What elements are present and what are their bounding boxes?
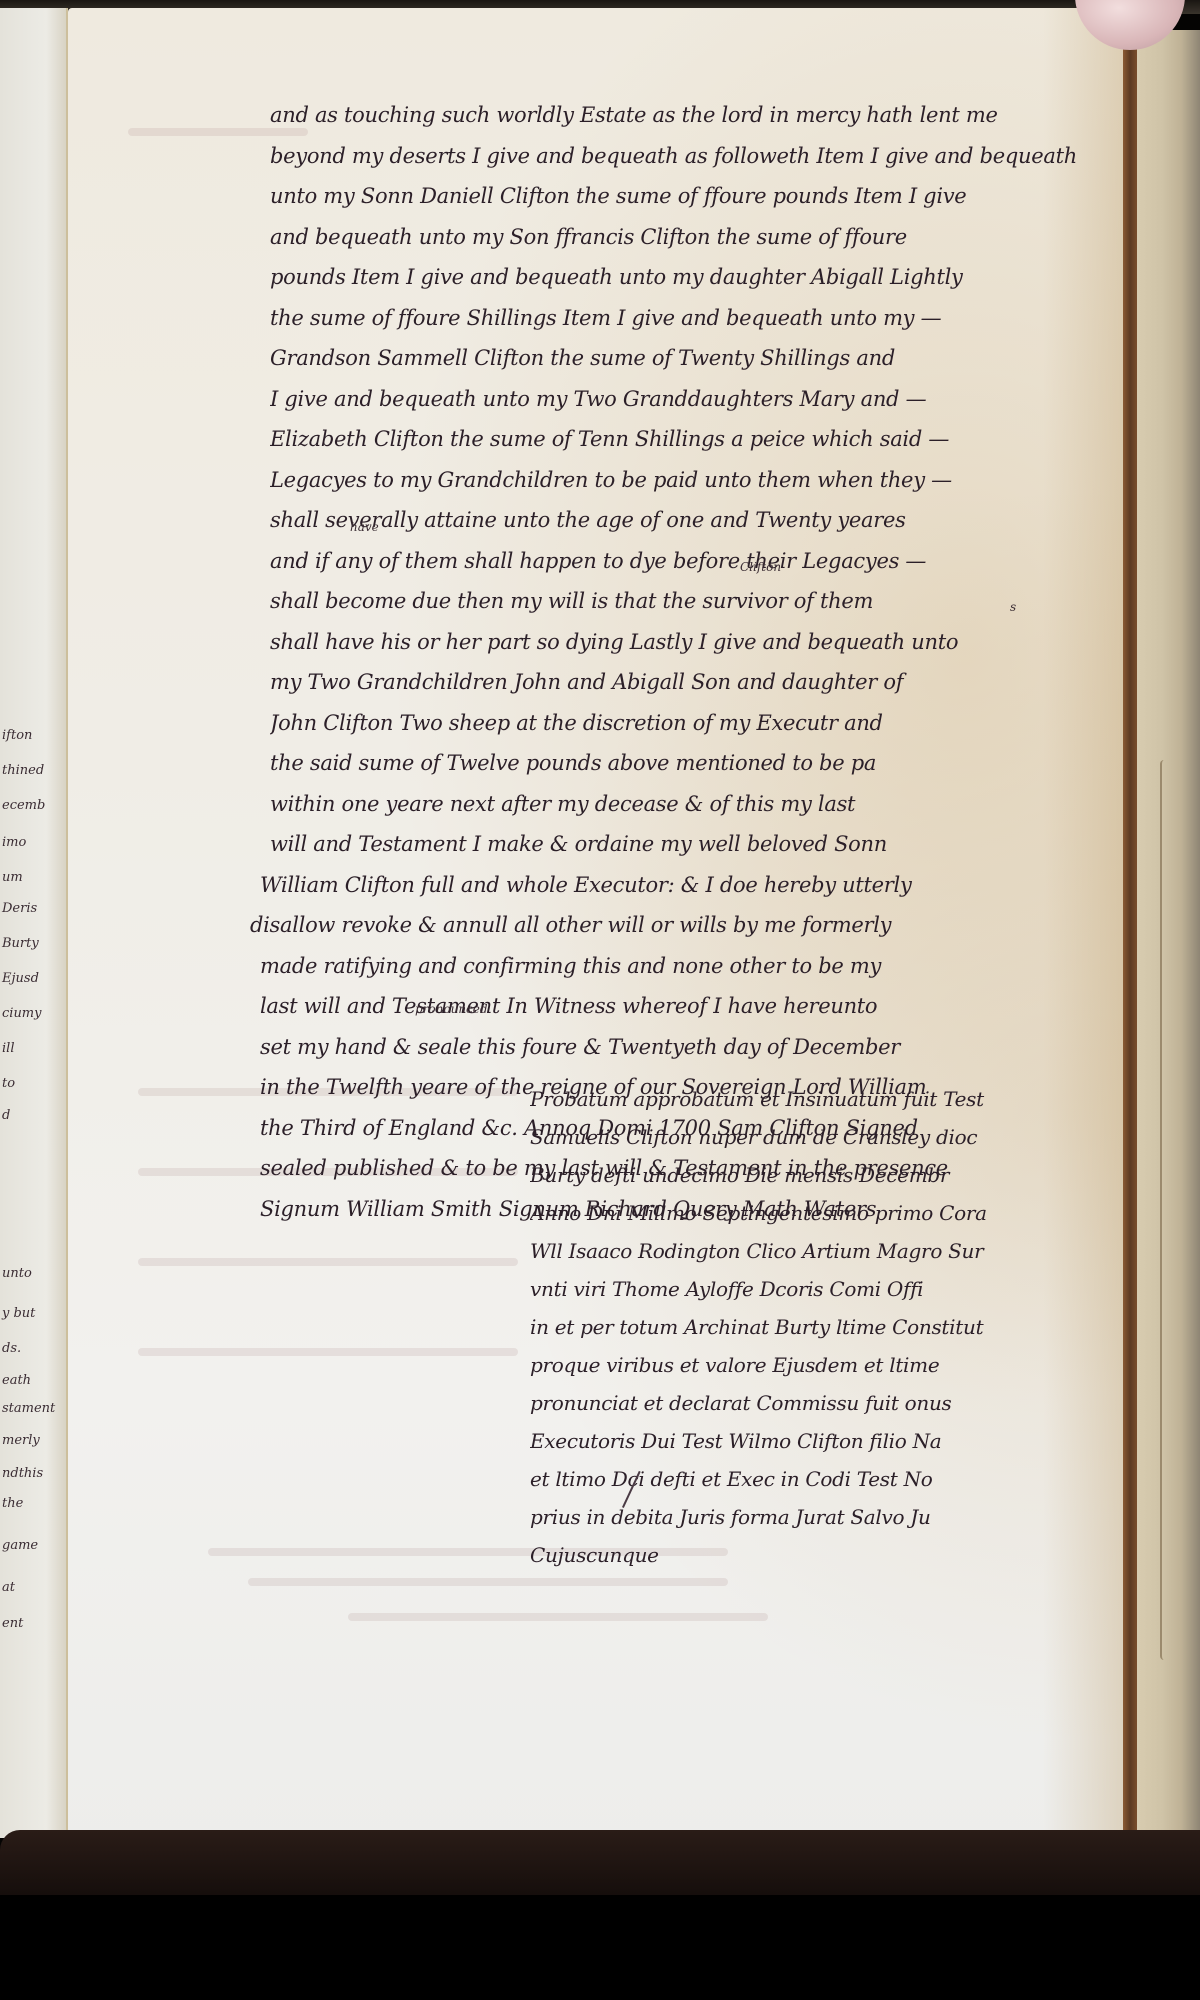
probate-line: Burty defti undecimo Die mensis Decembr [530, 1156, 1100, 1194]
text-line: William Clifton full and whole Executor:… [260, 865, 1100, 906]
margin-fragment: Deris [2, 901, 37, 916]
margin-fragment: ecemb [2, 798, 45, 813]
text-line: the said sume of Twelve pounds above men… [270, 743, 1100, 784]
probate-line: et ltimo Dci defti et Exec in Codi Test … [530, 1460, 1100, 1498]
text-line: John Clifton Two sheep at the discretion… [270, 703, 1100, 744]
facing-page-margin-text: ifton thined ecemb imo um Deris Burty Ej… [2, 8, 64, 1838]
text-line: within one yeare next after my decease &… [270, 784, 1100, 825]
facing-page-edge: ifton thined ecemb imo um Deris Burty Ej… [0, 8, 68, 1838]
margin-fragment: at [2, 1580, 15, 1595]
text-line: beyond my deserts I give and bequeath as… [270, 136, 1100, 177]
text-line: shall become due then my will is that th… [270, 581, 1100, 622]
text-line: and bequeath unto my Son ffrancis Clifto… [270, 217, 1100, 258]
probate-clause: Probatum approbatum et Insinuatum fuit T… [530, 1080, 1100, 1574]
text-line: Elizabeth Clifton the sume of Tenn Shill… [270, 419, 1100, 460]
probate-line: Samuelis Clifton nuper dum de Cransley d… [530, 1118, 1100, 1156]
probate-line: Wll Isaaco Rodington Clico Artium Magro … [530, 1232, 1100, 1270]
margin-fragment: ciumy [2, 1006, 41, 1021]
margin-fragment: y but [2, 1306, 35, 1321]
text-line: unto my Sonn Daniell Clifton the sume of… [270, 176, 1100, 217]
interlinear-insertion: have [350, 520, 379, 534]
text-line: last will and Testament In Witness where… [260, 986, 1100, 1027]
bleed-through-ink [248, 1578, 728, 1586]
probate-line: proque viribus et valore Ejusdem et ltim… [530, 1346, 1100, 1384]
margin-fragment: game [2, 1538, 38, 1553]
text-line: my Two Grandchildren John and Abigall So… [270, 662, 1100, 703]
torn-page-edge [1160, 760, 1172, 1660]
margin-fragment: ds. [2, 1341, 21, 1356]
margin-fragment: ndthis [2, 1466, 43, 1481]
probate-line: Probatum approbatum et Insinuatum fuit T… [530, 1080, 1100, 1118]
will-body-text: and as touching such worldly Estate as t… [270, 95, 1100, 1229]
margin-fragment: um [2, 870, 23, 885]
interlinear-insertion: pronounced [415, 1002, 488, 1016]
text-line: the sume of ffoure Shillings Item I give… [270, 298, 1100, 339]
margin-fragment: imo [2, 835, 26, 850]
text-line: shall severally attaine unto the age of … [270, 500, 1100, 541]
photo-scene: ifton thined ecemb imo um Deris Burty Ej… [0, 0, 1200, 2000]
bleed-through-ink [138, 1258, 518, 1266]
margin-fragment: Ejusd [2, 971, 39, 986]
probate-line: Executoris Dui Test Wilmo Clifton filio … [530, 1422, 1100, 1460]
probate-line: Cujuscunque [530, 1536, 1100, 1574]
text-line: will and Testament I make & ordaine my w… [270, 824, 1100, 865]
bleed-through-ink [138, 1348, 518, 1356]
margin-fragment: thined [2, 763, 44, 778]
probate-line: in et per totum Archinat Burty ltime Con… [530, 1308, 1100, 1346]
margin-fragment: ill [2, 1041, 14, 1056]
text-line: and as touching such worldly Estate as t… [270, 95, 1100, 136]
bleed-through-ink [348, 1613, 768, 1621]
text-line: I give and bequeath unto my Two Granddau… [270, 379, 1100, 420]
margin-fragment: ent [2, 1616, 23, 1631]
margin-fragment: Burty [2, 936, 39, 951]
interlinear-insertion: Clifton [740, 560, 781, 574]
text-line: disallow revoke & annull all other will … [250, 905, 1100, 946]
probate-line: prius in debita Juris forma Jurat Salvo … [530, 1498, 1100, 1536]
text-line: and if any of them shall happen to dye b… [270, 541, 1100, 582]
text-line: set my hand & seale this foure & Twentye… [260, 1027, 1100, 1068]
probate-line: vnti viri Thome Ayloffe Dcoris Comi Offi [530, 1270, 1100, 1308]
margin-fragment: to [2, 1076, 15, 1091]
margin-fragment: d [2, 1108, 10, 1123]
margin-fragment: merly [2, 1433, 40, 1448]
margin-fragment: unto [2, 1266, 32, 1281]
text-line: shall have his or her part so dying Last… [270, 622, 1100, 663]
page-edge-stain [1123, 40, 1137, 1840]
margin-fragment: eath [2, 1373, 31, 1388]
probate-line: Anno Dni Millmo Septingentesimo primo Co… [530, 1194, 1100, 1232]
margin-fragment: the [2, 1496, 23, 1511]
text-line: made ratifying and confirming this and n… [260, 946, 1100, 987]
text-line: pounds Item I give and bequeath unto my … [270, 257, 1100, 298]
black-border [0, 1895, 1200, 2000]
book-cover-bottom [0, 1830, 1200, 1900]
probate-line: pronunciat et declarat Commissu fuit onu… [530, 1384, 1100, 1422]
text-line: Legacyes to my Grandchildren to be paid … [270, 460, 1100, 501]
margin-fragment: ifton [2, 728, 32, 743]
margin-fragment: stament [2, 1401, 55, 1416]
interlinear-insertion: s [1010, 600, 1016, 614]
text-line: Grandson Sammell Clifton the sume of Twe… [270, 338, 1100, 379]
